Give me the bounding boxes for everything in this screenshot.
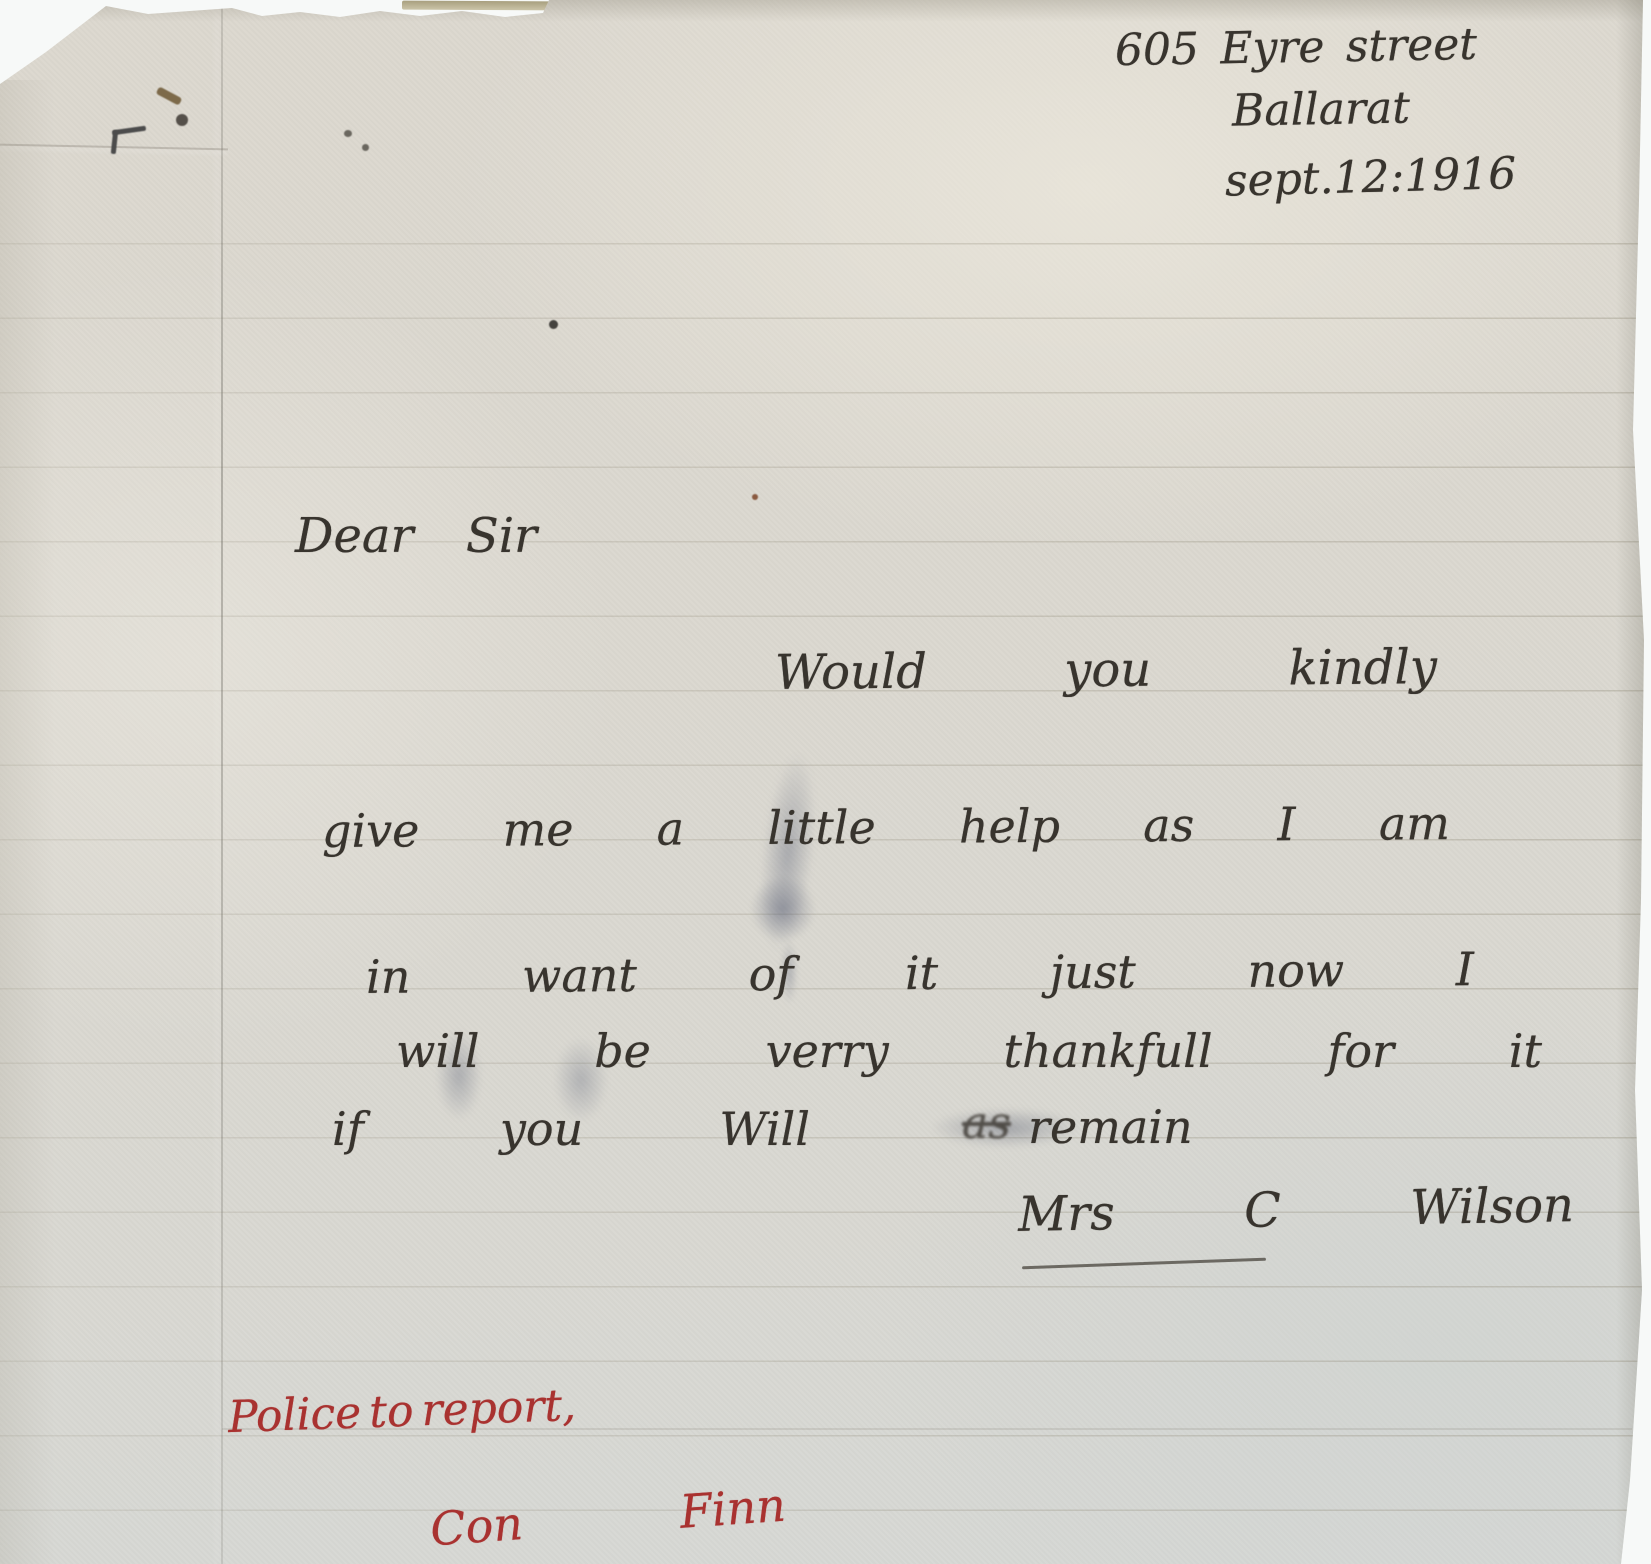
word: help	[959, 799, 1060, 854]
paper-stain	[176, 114, 188, 126]
word: street	[1345, 19, 1477, 72]
word: Mrs	[1018, 1185, 1116, 1243]
body-line-5-start: ifyouWill	[332, 1102, 810, 1156]
word: it	[1509, 1024, 1542, 1078]
word: Would	[775, 644, 927, 701]
word: kindly	[1288, 639, 1437, 696]
word: Will	[719, 1102, 810, 1156]
pin-mark	[344, 130, 352, 137]
word: 605	[1115, 24, 1200, 76]
body-line-1: Wouldyoukindly	[775, 639, 1437, 701]
word: will	[396, 1024, 480, 1078]
ink-speck	[549, 320, 558, 329]
word: Finn	[678, 1478, 787, 1539]
word: C	[1244, 1182, 1282, 1239]
word: Con	[429, 1496, 525, 1556]
word: you	[500, 1102, 583, 1156]
word: thankfull	[1003, 1024, 1212, 1078]
word: 1916	[1404, 148, 1517, 202]
word: report,	[421, 1380, 577, 1436]
word: Dear	[295, 508, 413, 564]
body-line-4: willbeverrythankfullforit	[396, 1024, 1542, 1078]
crossed-out-word: as	[962, 1098, 1011, 1149]
word: sept.	[1224, 153, 1334, 207]
signature: MrsCWilson	[1018, 1177, 1575, 1243]
pin-mark	[362, 144, 369, 151]
ink-speck	[752, 494, 758, 500]
word: I	[1456, 942, 1475, 996]
body-line-3: inwantofitjustnowI	[366, 942, 1474, 1004]
right-edge-shadow	[1616, 0, 1646, 1564]
word: Police	[227, 1387, 362, 1443]
vertical-fold-line	[221, 0, 223, 1564]
ruled-lines	[0, 170, 1651, 1564]
word: be	[594, 1024, 651, 1078]
word: it	[905, 946, 939, 1000]
word: now	[1247, 943, 1344, 998]
scanned-letter: 605Eyrestreet Ballarat sept.12:1916 Dear…	[0, 0, 1651, 1564]
word: am	[1379, 796, 1450, 850]
word: little	[767, 800, 876, 855]
word: I	[1277, 797, 1296, 851]
word: if	[332, 1102, 364, 1156]
word: in	[366, 950, 411, 1004]
top-edge-shadow	[0, 0, 1651, 22]
body-line-5-end: remain	[1028, 1100, 1193, 1154]
word: 12:	[1333, 151, 1405, 204]
pencil-mark	[111, 130, 118, 154]
word: want	[522, 948, 637, 1003]
address-line-1: 605Eyrestreet	[1115, 19, 1478, 76]
ink-smudge	[750, 876, 816, 942]
word: a	[657, 801, 685, 855]
word: for	[1327, 1024, 1394, 1078]
word: give	[322, 803, 420, 858]
word: Eyre	[1220, 22, 1325, 75]
word: to	[368, 1386, 414, 1439]
salutation: DearSir	[295, 508, 537, 564]
body-line-2: givemealittlehelpasIam	[322, 796, 1450, 858]
word: verry	[766, 1024, 889, 1078]
paper-stain	[156, 86, 183, 105]
torn-edge-fragment	[402, 1, 552, 11]
word: just	[1050, 944, 1136, 999]
word: Sir	[466, 508, 537, 564]
left-edge-shadow	[0, 80, 55, 1564]
letter-paper: 605Eyrestreet Ballarat sept.12:1916 Dear…	[0, 0, 1651, 1564]
word: of	[748, 947, 793, 1001]
word: Wilson	[1410, 1177, 1575, 1236]
word: you	[1064, 642, 1151, 699]
word: as	[1143, 798, 1194, 852]
date-line: sept.12:1916	[1224, 148, 1507, 206]
word: me	[502, 802, 573, 856]
address-line-2: Ballarat	[1232, 82, 1417, 136]
